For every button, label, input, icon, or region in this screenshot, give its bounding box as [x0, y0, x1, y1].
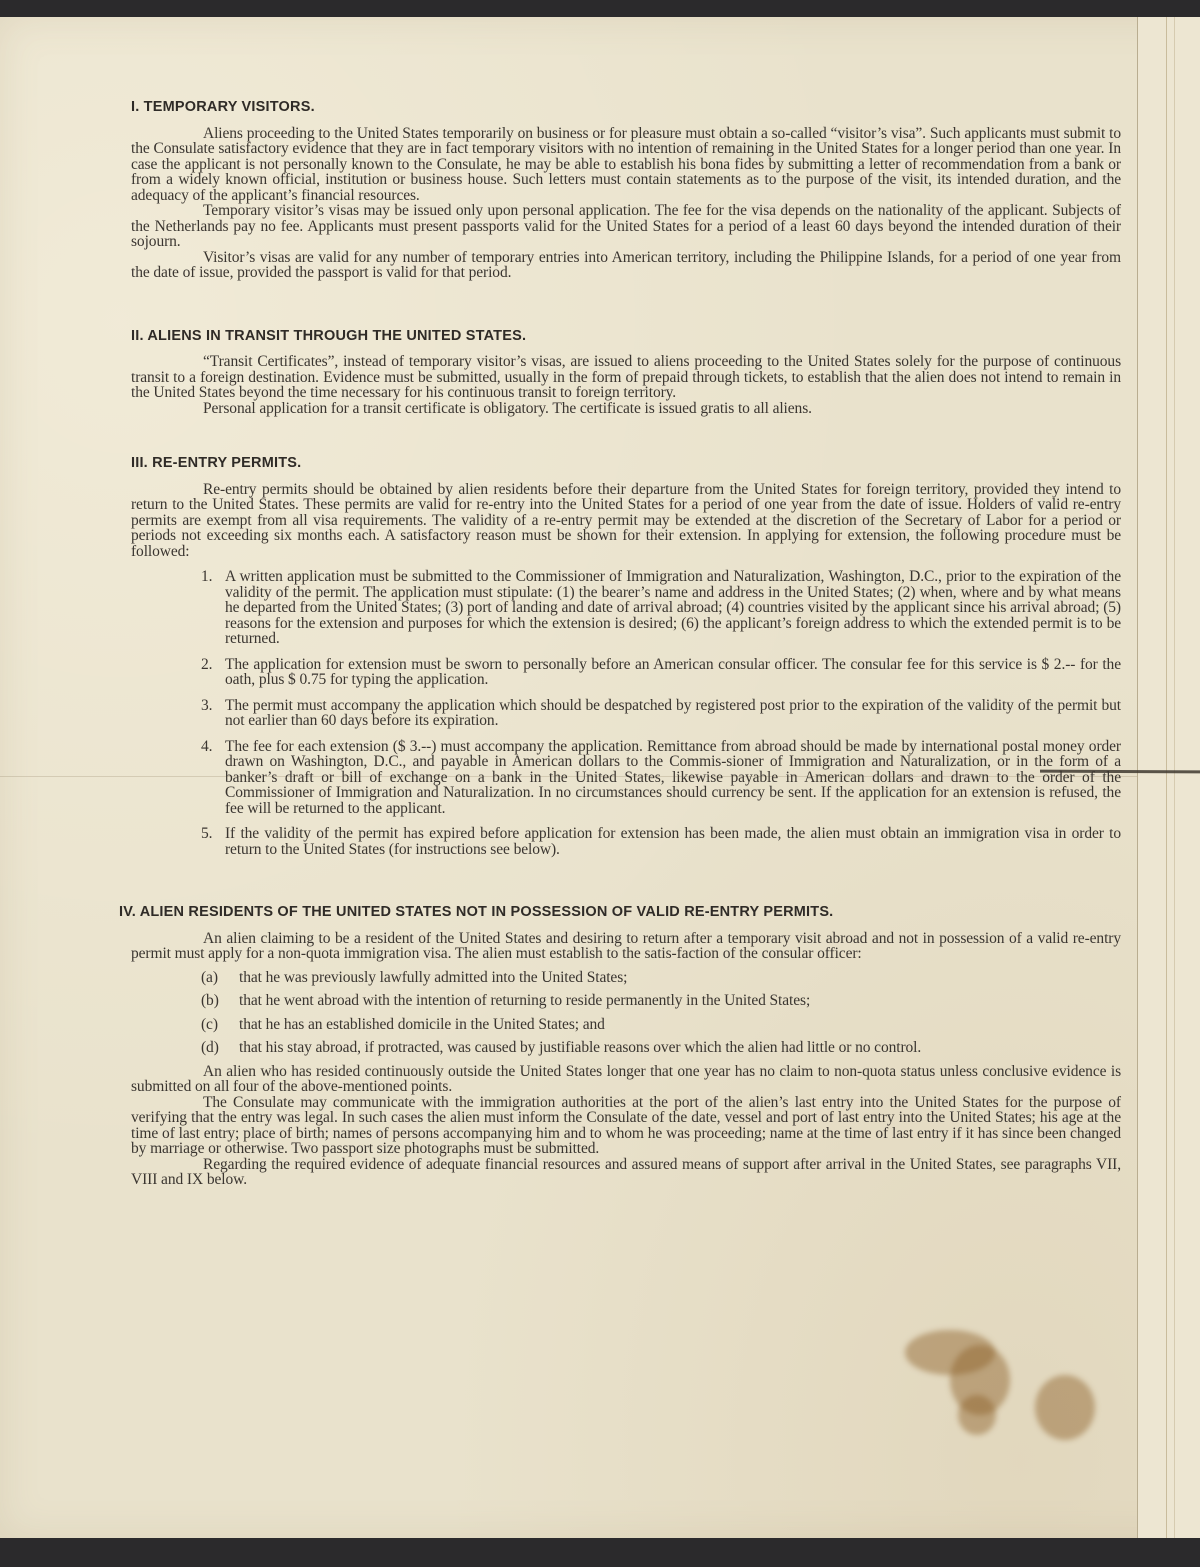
- list-marker: (a): [201, 970, 239, 986]
- section-temporary-visitors: I. TEMPORARY VISITORS. Aliens proceeding…: [131, 100, 1121, 281]
- section-heading: II. ALIENS IN TRANSIT THROUGH THE UNITED…: [131, 329, 1121, 345]
- fold-line: [1166, 17, 1167, 1538]
- list-text: that he went abroad with the intention o…: [239, 993, 1121, 1009]
- list-text: that he was previously lawfully admitted…: [239, 970, 1121, 986]
- document-content: I. TEMPORARY VISITORS. Aliens proceeding…: [131, 100, 1121, 1188]
- section-heading: IV. ALIEN RESIDENTS OF THE UNITED STATES…: [119, 905, 1121, 921]
- list-item: 2. The application for extension must be…: [201, 657, 1121, 688]
- paragraph: The Consulate may communicate with the i…: [131, 1095, 1121, 1157]
- paragraph: Visitor’s visas are valid for any number…: [131, 250, 1121, 281]
- section-aliens-in-transit: II. ALIENS IN TRANSIT THROUGH THE UNITED…: [131, 329, 1121, 417]
- list-item: 4. The fee for each extension ($ 3.--) m…: [201, 739, 1121, 817]
- list-item: (a) that he was previously lawfully admi…: [201, 970, 1121, 986]
- fold-line: [1174, 17, 1175, 1538]
- list-item: (b) that he went abroad with the intenti…: [201, 993, 1121, 1009]
- folded-right-edge: [1137, 17, 1200, 1538]
- list-marker: (c): [201, 1017, 239, 1033]
- list-text: that he has an established domicile in t…: [239, 1017, 1121, 1033]
- list-text: The fee for each extension ($ 3.--) must…: [225, 739, 1121, 817]
- list-text: The permit must accompany the applicatio…: [225, 698, 1121, 729]
- paragraph: “Transit Certificates”, instead of tempo…: [131, 354, 1121, 401]
- list-item: (c) that he has an established domicile …: [201, 1017, 1121, 1033]
- list-marker: (d): [201, 1040, 239, 1056]
- paragraph: An alien claiming to be a resident of th…: [131, 931, 1121, 962]
- stain: [1035, 1375, 1095, 1440]
- section-re-entry-permits: III. RE-ENTRY PERMITS. Re-entry permits …: [131, 456, 1121, 857]
- list-item: 5. If the validity of the permit has exp…: [201, 826, 1121, 857]
- list-marker: 3.: [201, 698, 225, 729]
- paragraph: Temporary visitor’s visas may be issued …: [131, 203, 1121, 250]
- list-marker: 5.: [201, 826, 225, 857]
- list-text: A written application must be submitted …: [225, 569, 1121, 647]
- list-text: that his stay abroad, if protracted, was…: [239, 1040, 1121, 1056]
- list-item: 3. The permit must accompany the applica…: [201, 698, 1121, 729]
- list-item: 1. A written application must be submitt…: [201, 569, 1121, 647]
- list-marker: (b): [201, 993, 239, 1009]
- list-marker: 1.: [201, 569, 225, 647]
- list-marker: 2.: [201, 657, 225, 688]
- criteria-list: (a) that he was previously lawfully admi…: [201, 970, 1121, 1056]
- list-text: The application for extension must be sw…: [225, 657, 1121, 688]
- section-alien-residents: IV. ALIEN RESIDENTS OF THE UNITED STATES…: [131, 905, 1121, 1188]
- paragraph: An alien who has resided continuously ou…: [131, 1064, 1121, 1095]
- paragraph: Aliens proceeding to the United States t…: [131, 126, 1121, 204]
- list-marker: 4.: [201, 739, 225, 817]
- paragraph: Regarding the required evidence of adequ…: [131, 1157, 1121, 1188]
- section-heading: I. TEMPORARY VISITORS.: [131, 100, 1121, 116]
- section-heading: III. RE-ENTRY PERMITS.: [131, 456, 1121, 472]
- paragraph: Personal application for a transit certi…: [131, 401, 1121, 417]
- procedure-list: 1. A written application must be submitt…: [201, 569, 1121, 857]
- list-text: If the validity of the permit has expire…: [225, 826, 1121, 857]
- paragraph: Re-entry permits should be obtained by a…: [131, 482, 1121, 560]
- list-item: (d) that his stay abroad, if protracted,…: [201, 1040, 1121, 1056]
- stain: [958, 1395, 996, 1435]
